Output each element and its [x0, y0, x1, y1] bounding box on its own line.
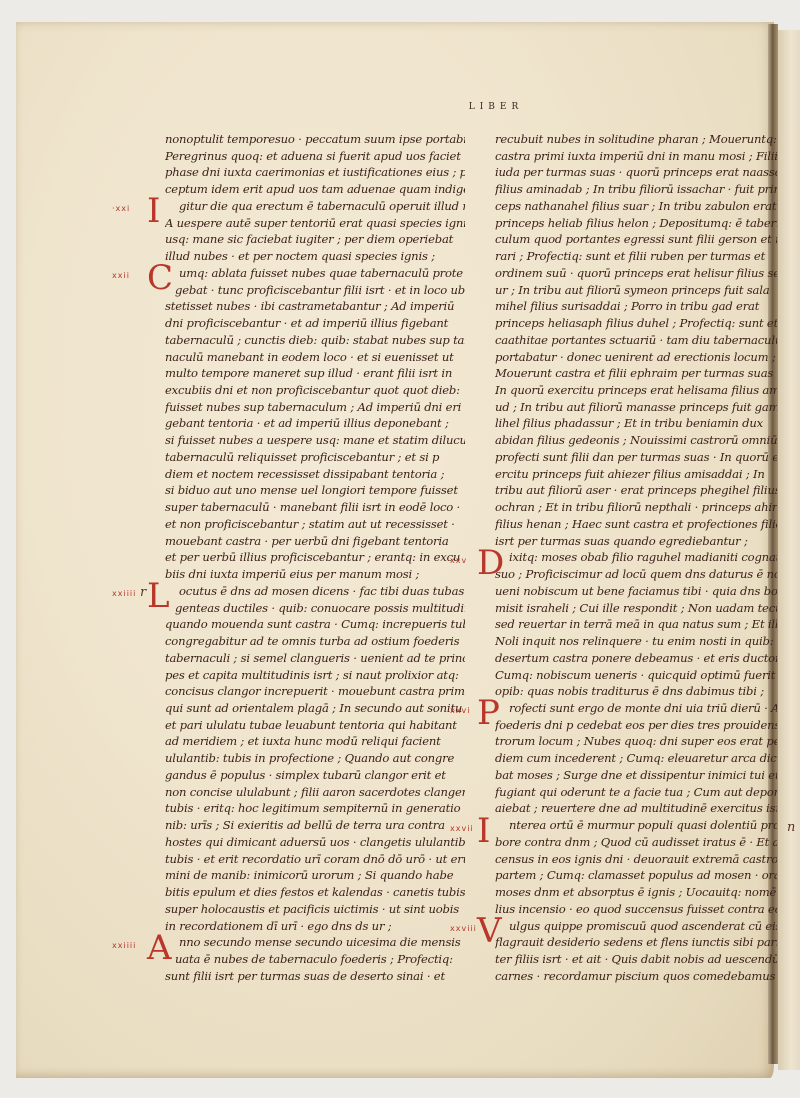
text-line: ochran ; Et in tribu filiorū nepthali · …: [495, 499, 777, 516]
text-line: diem et noctem recessisset dissipabant t…: [165, 466, 465, 483]
text-line: misit israheli ; Cui ille respondit ; No…: [495, 600, 777, 617]
text-line: A uespere autē super tentoriū erat quasi…: [165, 215, 465, 232]
text-line: bitis epulum et dies festos et kalendas …: [165, 884, 465, 901]
text-line: abidan filius gedeonis ; Nouissimi castr…: [495, 432, 777, 449]
red-initial-d: D: [477, 546, 504, 580]
text-line: tubis · eritq: hoc legitimum sempiternū …: [165, 800, 465, 817]
text-line: congregabitur ad te omnis turba ad ostiu…: [165, 633, 465, 650]
chapter-rubric: xxiiii: [112, 589, 136, 598]
text-line: castra primi iuxta imperiū dni in manu m…: [495, 148, 777, 165]
text-line: culum quod portantes egressi sunt filii …: [495, 231, 777, 248]
text-line: multo tempore maneret sup illud · erant …: [165, 365, 465, 382]
text-line: super holocaustis et pacificis uictimis …: [165, 901, 465, 918]
text-line: desertum castra ponere debeamus · et eri…: [495, 650, 777, 667]
text-line: recubuit nubes in solitudine pharan ; Mo…: [495, 131, 777, 148]
text-line: moses dnm et absorptus ē ignis ; Uocauit…: [495, 884, 777, 901]
text-line: princeps heliasaph filius duhel ; Profec…: [495, 315, 777, 332]
facing-page-edge: [778, 30, 800, 1070]
text-line: concisus clangor increpuerit · mouebunt …: [165, 683, 465, 700]
text-line: isrt per turmas suas quando egrediebantu…: [495, 533, 777, 550]
text-line: nterea ortū ē murmur populi quasi dolent…: [495, 817, 777, 834]
text-line: Cumq: nobiscum ueneris · quicquid optimū…: [495, 667, 777, 684]
text-line: biis dni iuxta imperiū eius per manum mo…: [165, 566, 465, 583]
text-line: foederis dni p cedebat eos per dies tres…: [495, 717, 777, 734]
text-line: phase dni iuxta caerimonias et iustifica…: [165, 164, 465, 181]
text-line: bat moses ; Surge dne et dissipentur ini…: [495, 767, 777, 784]
text-line: tabernaculi ; si semel clangueris · ueni…: [165, 650, 465, 667]
text-line: ud ; In tribu aut filiorū manasse prince…: [495, 399, 777, 416]
red-initial-a: A: [147, 931, 172, 965]
text-line: Noli inquit nos relinquere · tu enim nos…: [495, 633, 777, 650]
text-line: et per uerbū illius proficiscebantur ; e…: [165, 549, 465, 566]
text-line: nonoptulit temporesuo · peccatum suum ip…: [165, 131, 465, 148]
text-line: ocutus ē dns ad mosen dicens · fac tibi …: [165, 583, 465, 600]
text-line: dni proficiscebantur · et ad imperiū ill…: [165, 315, 465, 332]
text-line: opib: quas nobis traditurus ē dns dabimu…: [495, 683, 777, 700]
text-line: aiebat ; reuertere dne ad multitudinē ex…: [495, 800, 777, 817]
text-line: uata ē nubes de tabernaculo foederis ; P…: [165, 951, 465, 968]
text-line: partem ; Cumq: clamasset populus ad mose…: [495, 867, 777, 884]
chapter-rubric: ·xxi: [112, 204, 130, 213]
chapter-rubric: xxvi: [450, 706, 470, 715]
text-line: trorum locum ; Nubes quoq: dni super eos…: [495, 733, 777, 750]
text-line: mouebant castra · per uerbū dni figebant…: [165, 533, 465, 550]
text-line: ercitu princeps fuit ahiezer filius amis…: [495, 466, 777, 483]
marginal-note: n: [787, 820, 795, 835]
marginal-note: r: [140, 585, 146, 600]
text-line: Mouerunt castra et filii ephraim per tur…: [495, 365, 777, 382]
text-line: tabernaculū reliquisset proficiscebantur…: [165, 449, 465, 466]
text-line: excubiis dni et non proficiscebantur quo…: [165, 382, 465, 399]
text-line: caathitae portantes sctuariū · tam diu t…: [495, 332, 777, 349]
chapter-rubric: xxviii: [450, 924, 477, 933]
text-line: stetisset nubes · ibi castrametabantur ;…: [165, 298, 465, 315]
text-line: illud nubes · et per noctem quasi specie…: [165, 248, 465, 265]
chapter-rubric: xxiiii: [112, 941, 136, 950]
text-line: quando mouenda sunt castra · Cumq: incre…: [165, 616, 465, 633]
chapter-rubric: xxvii: [450, 824, 474, 833]
text-line: fuisset nubes sup tabernaculum ; Ad impe…: [165, 399, 465, 416]
text-line: non concise ululabunt ; filii aaron sace…: [165, 784, 465, 801]
left-text-column: nonoptulit temporesuo · peccatum suum ip…: [165, 131, 465, 984]
text-line: ad meridiem ; et iuxta hunc modū reliqui…: [165, 733, 465, 750]
text-line: si fuisset nubes a uespere usq: mane et …: [165, 432, 465, 449]
text-line: ululantib: tubis in profectione ; Quando…: [165, 750, 465, 767]
text-line: portabatur · donec uenirent ad erectioni…: [495, 349, 777, 366]
text-line: hostes qui dimicant aduersū uos · clange…: [165, 834, 465, 851]
text-line: et pari ululatu tubae leuabunt tentoria …: [165, 717, 465, 734]
red-initial-i: I: [147, 194, 160, 228]
text-line: super tabernaculū · manebant filii isrt …: [165, 499, 465, 516]
text-line: usq: mane sic faciebat iugiter ; per die…: [165, 231, 465, 248]
text-line: fugiant qui oderunt te a facie tua ; Cum…: [495, 784, 777, 801]
text-line: genteas ductiles · quib: conuocare possi…: [165, 600, 465, 617]
text-line: mini de manib: inimicorū urorum ; Si qua…: [165, 867, 465, 884]
text-line: flagrauit desiderio sedens et flens iunc…: [495, 934, 777, 951]
text-line: gitur die qua erectum ē tabernaculū oper…: [165, 198, 465, 215]
text-line: tabernaculū ; cunctis dieb: quib: stabat…: [165, 332, 465, 349]
text-line: lihel filius phadassur ; Et in tribu ben…: [495, 415, 777, 432]
text-line: pes et capita multitudinis isrt ; si nau…: [165, 667, 465, 684]
text-line: ixitq: moses obab filio raguhel madianit…: [495, 549, 777, 566]
red-initial-l: L: [147, 579, 170, 613]
text-line: gebat · tunc proficiscebantur filii isrt…: [165, 282, 465, 299]
text-line: nib: urīs ; Si exieritis ad bellū de ter…: [165, 817, 465, 834]
text-line: sunt filii isrt per turmas suas de deser…: [165, 968, 465, 985]
text-line: si biduo aut uno mense uel longiori temp…: [165, 482, 465, 499]
text-line: ceps nathanahel filius suar ; In tribu z…: [495, 198, 777, 215]
red-initial-p: P: [477, 696, 500, 730]
text-line: tribu aut filiorū aser · erat princeps p…: [495, 482, 777, 499]
text-line: gandus ē populus · simplex tubarū clango…: [165, 767, 465, 784]
text-line: princeps heliab filius helon ; Depositum…: [495, 215, 777, 232]
text-line: ulgus quippe promiscuū quod ascenderat c…: [495, 918, 777, 935]
chapter-rubric: xxv: [450, 556, 467, 565]
text-line: mihel filius surisaddai ; Porro in tribu…: [495, 298, 777, 315]
text-line: filius aminadab ; In tribu filiorū issac…: [495, 181, 777, 198]
right-text-column: recubuit nubes in solitudine pharan ; Mo…: [495, 131, 777, 984]
text-line: carnes · recordamur piscium quos comedeb…: [495, 968, 777, 985]
text-line: ter filiis isrt · et ait · Quis dabit no…: [495, 951, 777, 968]
running-head: LIBER: [456, 102, 536, 112]
red-initial-v: V: [477, 914, 502, 948]
text-line: nno secundo mense secundo uicesima die m…: [165, 934, 465, 951]
text-line: lius incensio · eo quod succensus fuisse…: [495, 901, 777, 918]
text-line: ordinem suū · quorū princeps erat helisu…: [495, 265, 777, 282]
text-line: umq: ablata fuisset nubes quae tabernacu…: [165, 265, 465, 282]
text-line: et non proficiscebantur ; statim aut ut …: [165, 516, 465, 533]
text-line: ur ; In tribu aut filiorū symeon princep…: [495, 282, 777, 299]
text-line: diem cum incederent ; Cumq: eleuaretur a…: [495, 750, 777, 767]
text-line: rari ; Profectiq: sunt et filii ruben pe…: [495, 248, 777, 265]
text-line: naculū manebant in eodem loco · et si eu…: [165, 349, 465, 366]
text-line: qui sunt ad orientalem plagā ; In secund…: [165, 700, 465, 717]
text-line: census in eos ignis dni · deuorauit extr…: [495, 851, 777, 868]
text-line: iuda per turmas suas · quorū princeps er…: [495, 164, 777, 181]
text-line: profecti sunt filii dan per turmas suas …: [495, 449, 777, 466]
text-line: suo ; Proficiscimur ad locū quem dns dat…: [495, 566, 777, 583]
red-initial-c: C: [147, 261, 173, 295]
red-initial-i: I: [477, 814, 490, 848]
text-line: tubis · et erit recordatio urī coram dnō…: [165, 851, 465, 868]
text-line: gebant tentoria · et ad imperiū illius d…: [165, 415, 465, 432]
text-line: filius henan ; Haec sunt castra et profe…: [495, 516, 777, 533]
text-line: rofecti sunt ergo de monte dni uia triū …: [495, 700, 777, 717]
text-line: sed reuertar in terrā meā in qua natus s…: [495, 616, 777, 633]
text-line: bore contra dnm ; Quod cū audisset iratu…: [495, 834, 777, 851]
chapter-rubric: xxii: [112, 271, 130, 280]
text-line: in recordationem dī urī · ego dns ds ur …: [165, 918, 465, 935]
text-line: ceptum idem erit apud uos tam aduenae qu…: [165, 181, 465, 198]
text-line: In quorū exercitu princeps erat helisama…: [495, 382, 777, 399]
text-line: ueni nobiscum ut bene faciamus tibi · qu…: [495, 583, 777, 600]
text-line: Peregrinus quoq: et aduena si fuerit apu…: [165, 148, 465, 165]
